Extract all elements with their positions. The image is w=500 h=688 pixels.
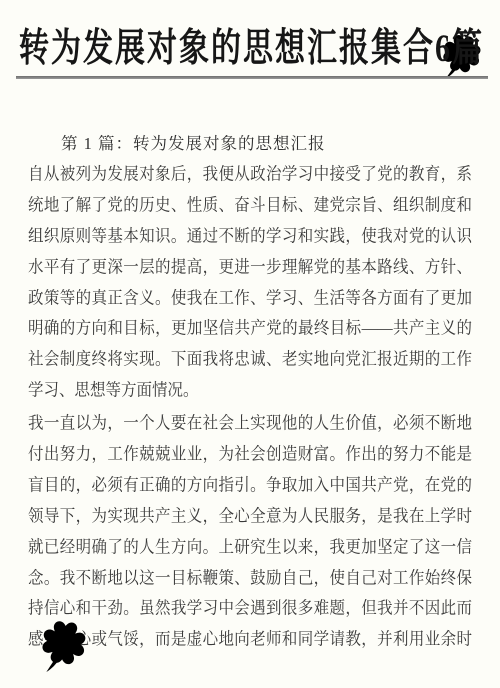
text-line: 付出努力，工作兢兢业业，为社会创造财富。作出的努力不能是	[28, 438, 472, 472]
text-line: 自从被列为发展对象后，我便从政治学习中接受了党的教育，系	[28, 158, 472, 192]
text-line: 水平有了更深一层的提高，更进一步理解党的基本路线、方针、	[28, 251, 472, 285]
document-page: 转为发展对象的思想汇报集合6篇 第 1 篇：转为发展对象的思想汇报 自从被列为发…	[0, 0, 500, 688]
title-divider	[16, 76, 488, 79]
text-line: 明确的方向和目标，更加坚信共产党的最终目标——共产主义的	[28, 313, 472, 347]
text-line: 念。我不断地以这一目标鞭策、鼓励自己，使自己对工作始终保	[28, 562, 472, 596]
text-line: 盲目的，必须有正确的方向指引。争取加入中国共产党，在党的	[28, 469, 472, 503]
page-title: 转为发展对象的思想汇报集合6篇	[19, 30, 484, 69]
section-heading: 第 1 篇：转为发展对象的思想汇报	[61, 130, 326, 154]
text-line: 就已经明确了的人生方向。上研究生以来，我更加坚定了这一信	[28, 531, 472, 565]
clover-icon	[24, 600, 104, 683]
text-line: 我一直以为，一个人要在社会上实现他的人生价值，必须不断地	[28, 408, 472, 442]
text-line: 政策等的真正含义。使我在工作、学习、生活等各方面有了更加	[28, 282, 472, 316]
document-body: 自从被列为发展对象后，我便从政治学习中接受了党的教育，系统地了解了党的历史、性质…	[28, 160, 472, 656]
text-line: 统地了解了党的历史、性质、奋斗目标、建党宗旨、组织制度和	[28, 189, 472, 223]
text-line: 组织原则等基本知识。通过不断的学习和实践，使我对党的认识	[28, 220, 472, 254]
text-line: 领导下，为实现共产主义，全心全意为人民服务，是我在上学时	[28, 500, 472, 534]
paragraph: 自从被列为发展对象后，我便从政治学习中接受了党的教育，系统地了解了党的历史、性质…	[28, 160, 472, 407]
text-line: 社会制度终将实现。下面我将忠诚、老实地向党汇报近期的工作	[28, 344, 472, 378]
text-line: 学习、思想等方面情况。	[28, 375, 472, 409]
